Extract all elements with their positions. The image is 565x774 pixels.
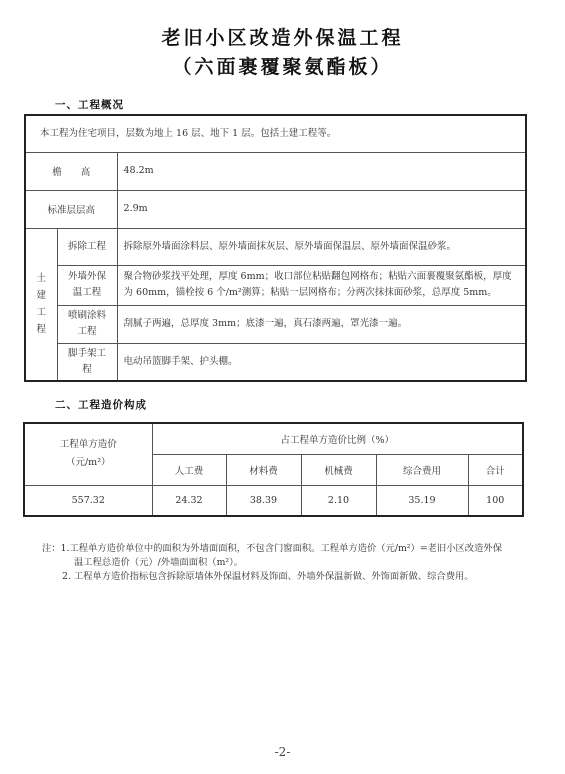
labor-value: 24.32 bbox=[152, 485, 226, 516]
machinery-value: 2.10 bbox=[301, 485, 376, 516]
cost-composition-table: 工程单方造价 （元/m²） 占工程单方造价比例（%） 人工费 材料费 机械费 综… bbox=[23, 422, 524, 517]
scaffold-label: 脚手架工程 bbox=[57, 343, 117, 381]
col-labor: 人工费 bbox=[152, 454, 226, 485]
table-row: 土建工程 拆除工程 拆除原外墙面涂料层、原外墙面抹灰层、原外墙面保温层、原外墙面… bbox=[25, 228, 526, 265]
material-value: 38.39 bbox=[226, 485, 301, 516]
document-subtitle: （六面裹覆聚氨酯板） bbox=[0, 52, 565, 79]
ratio-header: 占工程单方造价比例（%） bbox=[152, 423, 523, 454]
demolition-label: 拆除工程 bbox=[57, 228, 117, 265]
col-material: 材料费 bbox=[226, 454, 301, 485]
table-row: 557.32 24.32 38.39 2.10 35.19 100 bbox=[24, 485, 523, 516]
floor-height-value: 2.9m bbox=[117, 190, 526, 228]
unit-cost-header-line2: （元/m²） bbox=[25, 454, 152, 472]
table-row: 标准层层高 2.9m bbox=[25, 190, 526, 228]
table-row: 脚手架工程 电动吊篮脚手架、护头棚。 bbox=[25, 343, 526, 381]
table-row: 工程单方造价 （元/m²） 占工程单方造价比例（%） bbox=[24, 423, 523, 454]
demolition-value: 拆除原外墙面涂料层、原外墙面抹灰层、原外墙面保温层、原外墙面保温砂浆。 bbox=[117, 228, 526, 265]
page-number: -2- bbox=[0, 745, 565, 759]
coating-value: 刮腻子两遍，总厚度 3mm；底漆一遍，真石漆两遍，罩光漆一遍。 bbox=[117, 305, 526, 343]
section-heading-overview: 一、工程概况 bbox=[55, 97, 124, 112]
overview-text: 本工程为住宅项目，层数为地上 16 层、地下 1 层。包括土建工程等。 bbox=[25, 115, 526, 152]
overhead-value: 35.19 bbox=[376, 485, 468, 516]
note-1-continued: 温工程总造价（元）/外墙面面积（m²）。 bbox=[74, 556, 243, 570]
civil-works-label: 土建工程 bbox=[25, 228, 57, 381]
total-value: 100 bbox=[468, 485, 523, 516]
col-overhead: 综合费用 bbox=[376, 454, 468, 485]
project-overview-table: 本工程为住宅项目，层数为地上 16 层、地下 1 层。包括土建工程等。 檐 高 … bbox=[24, 114, 527, 382]
scaffold-value: 电动吊篮脚手架、护头棚。 bbox=[117, 343, 526, 381]
insulation-label: 外墙外保温工程 bbox=[57, 265, 117, 305]
document-title: 老旧小区改造外保温工程 bbox=[0, 23, 565, 50]
table-row: 喷刷涂料工程 刮腻子两遍，总厚度 3mm；底漆一遍，真石漆两遍，罩光漆一遍。 bbox=[25, 305, 526, 343]
table-row: 檐 高 48.2m bbox=[25, 152, 526, 190]
insulation-value: 聚合物砂浆找平处理，厚度 6mm；收口部位粘贴翻包网格布；粘贴六面裹覆聚氨酯板，… bbox=[117, 265, 526, 305]
eave-height-label: 檐 高 bbox=[25, 152, 117, 190]
unit-cost-header-line1: 工程单方造价 bbox=[25, 436, 152, 454]
table-row: 外墙外保温工程 聚合物砂浆找平处理，厚度 6mm；收口部位粘贴翻包网格布；粘贴六… bbox=[25, 265, 526, 305]
col-total: 合计 bbox=[468, 454, 523, 485]
unit-cost-header: 工程单方造价 （元/m²） bbox=[24, 423, 152, 485]
note-1: 注：1.工程单方造价单位中的面积为外墙面面积，不包含门窗面积。工程单方造价（元/… bbox=[42, 542, 502, 556]
coating-label: 喷刷涂料工程 bbox=[57, 305, 117, 343]
note-2: 2. 工程单方造价指标包含拆除原墙体外保温材料及饰面、外墙外保温新做、外饰面新做… bbox=[62, 570, 474, 584]
table-row: 本工程为住宅项目，层数为地上 16 层、地下 1 层。包括土建工程等。 bbox=[25, 115, 526, 152]
col-machinery: 机械费 bbox=[301, 454, 376, 485]
floor-height-label: 标准层层高 bbox=[25, 190, 117, 228]
eave-height-value: 48.2m bbox=[117, 152, 526, 190]
unit-cost-value: 557.32 bbox=[24, 485, 152, 516]
section-heading-cost: 二、工程造价构成 bbox=[55, 397, 147, 412]
